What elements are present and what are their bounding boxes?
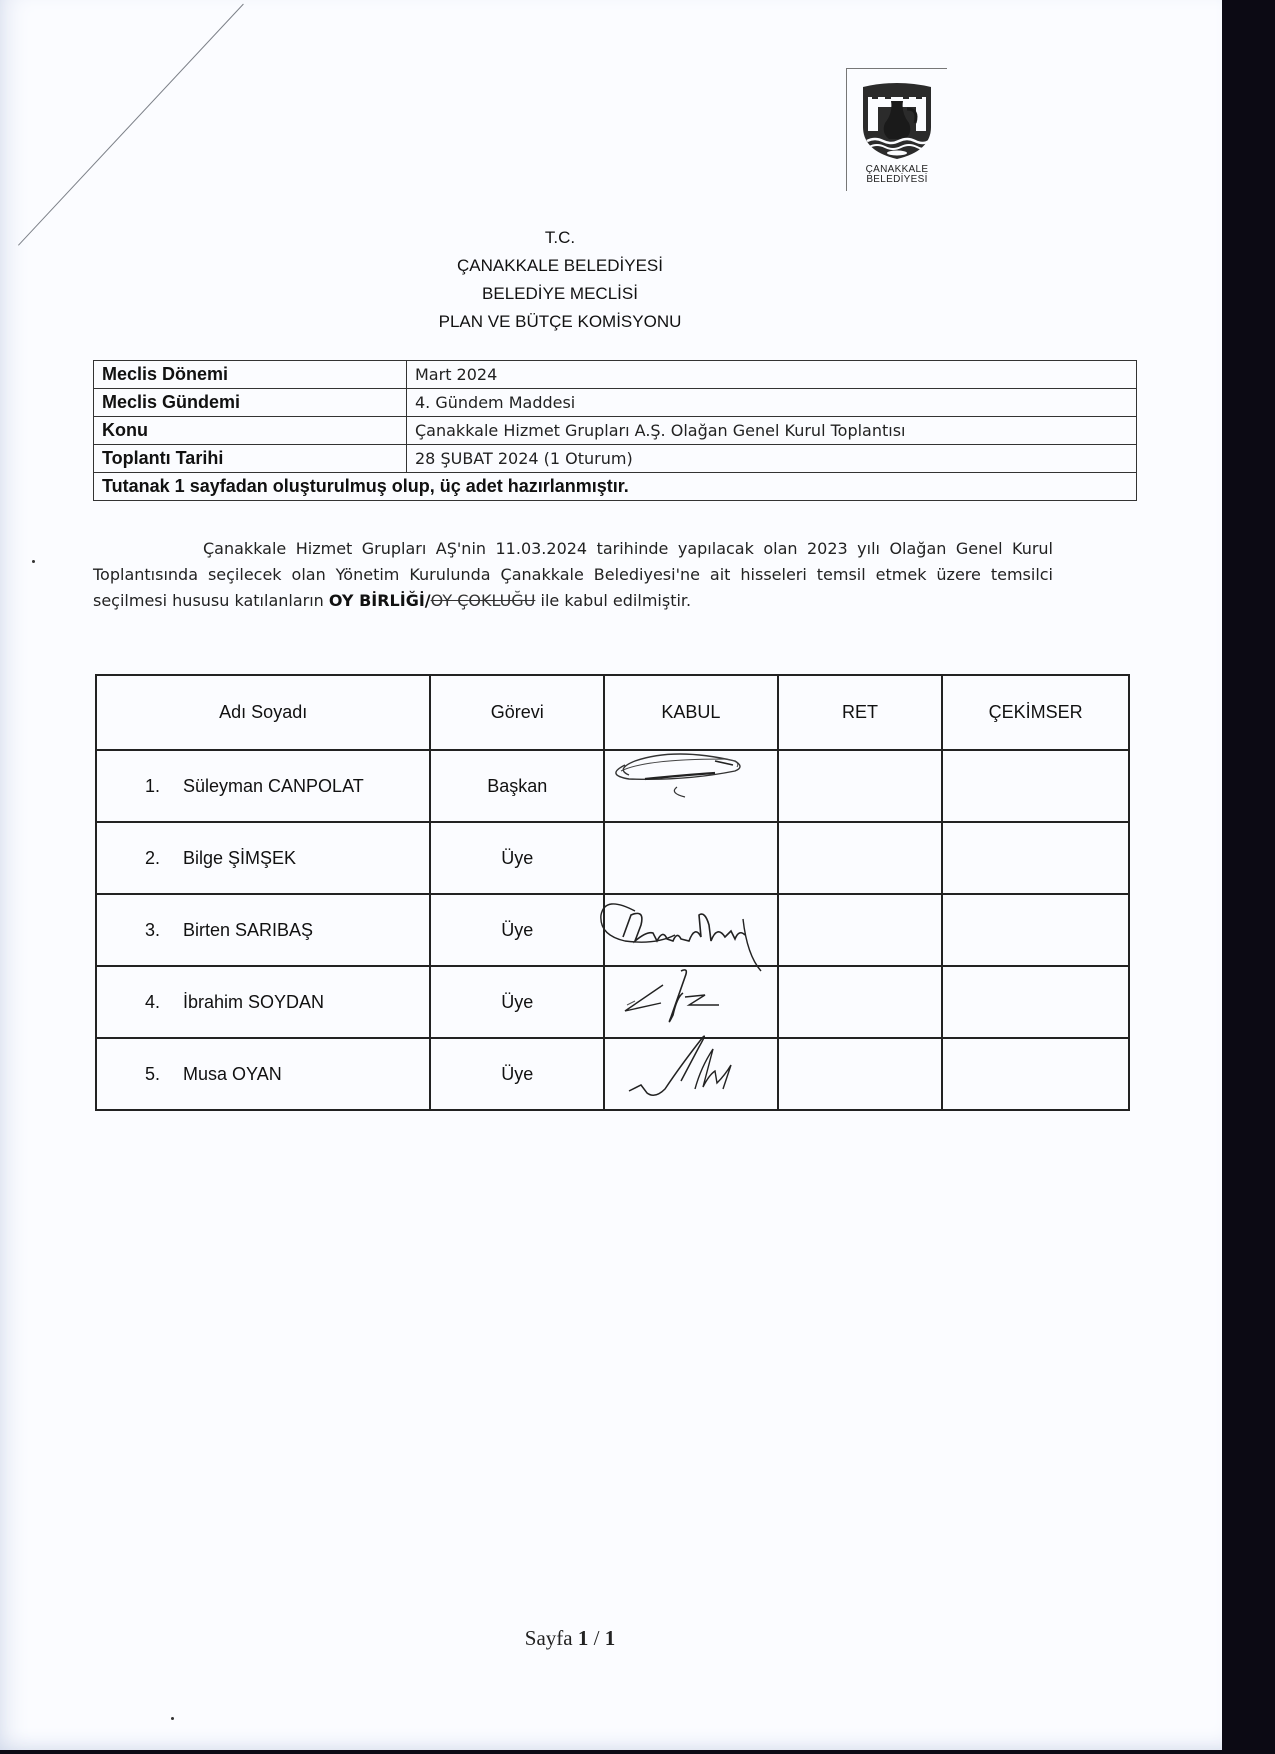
decision-unanimous: OY BİRLİĞİ/ (329, 591, 431, 610)
accept-cell (604, 1038, 778, 1110)
info-row: Meclis Gündemi 4. Gündem Maddesi (94, 389, 1137, 417)
info-summary: Tutanak 1 sayfadan oluşturulmuş olup, üç… (94, 473, 1137, 501)
info-value: 4. Gündem Maddesi (407, 389, 1137, 417)
signature-icon (585, 1019, 765, 1119)
logo-name-line2: BELEDİYESİ (847, 175, 947, 185)
table-row: 5.Musa OYAN Üye (96, 1038, 1129, 1110)
decision-majority-struck: OY ÇOKLUĞU (431, 591, 536, 610)
info-row: Meclis Dönemi Mart 2024 (94, 361, 1137, 389)
reject-cell (778, 750, 943, 822)
info-label: Toplantı Tarihi (94, 445, 407, 473)
info-label: Konu (94, 417, 407, 445)
header-council: BELEDİYE MECLİSİ (360, 280, 760, 308)
page-number: Sayfa 1 / 1 (470, 1626, 670, 1651)
municipality-logo: ÇANAKKALE BELEDİYESİ (846, 68, 947, 191)
abstain-cell (942, 966, 1129, 1038)
abstain-cell (942, 894, 1129, 966)
member-role: Üye (430, 894, 604, 966)
abstain-cell (942, 750, 1129, 822)
pen-stroke-mark (18, 4, 244, 246)
scanned-page: ÇANAKKALE BELEDİYESİ T.C. ÇANAKKALE BELE… (0, 0, 1222, 1750)
info-value: Mart 2024 (407, 361, 1137, 389)
info-row: Konu Çanakkale Hizmet Grupları A.Ş. Olağ… (94, 417, 1137, 445)
info-summary-row: Tutanak 1 sayfadan oluşturulmuş olup, üç… (94, 473, 1137, 501)
castle-amphora-emblem-icon (859, 83, 935, 161)
scan-speck (171, 1717, 174, 1720)
reject-cell (778, 1038, 943, 1110)
vote-table: Adı Soyadı Görevi KABUL RET ÇEKİMSER 1.S… (95, 674, 1130, 1111)
header-name: Adı Soyadı (96, 675, 430, 750)
table-row: 1.Süleyman CANPOLAT Başkan (96, 750, 1129, 822)
member-role: Üye (430, 822, 604, 894)
meeting-info-table: Meclis Dönemi Mart 2024 Meclis Gündemi 4… (93, 360, 1137, 501)
document-header: T.C. ÇANAKKALE BELEDİYESİ BELEDİYE MECLİ… (360, 224, 760, 336)
signature-icon (585, 731, 765, 821)
info-value: Çanakkale Hizmet Grupları A.Ş. Olağan Ge… (407, 417, 1137, 445)
header-municipality: ÇANAKKALE BELEDİYESİ (360, 252, 760, 280)
decision-paragraph: Çanakkale Hizmet Grupları AŞ'nin 11.03.2… (93, 536, 1053, 614)
accept-cell (604, 750, 778, 822)
header-role: Görevi (430, 675, 604, 750)
member-name: 5.Musa OYAN (96, 1038, 430, 1110)
info-value: 28 ŞUBAT 2024 (1 Oturum) (407, 445, 1137, 473)
info-row: Toplantı Tarihi 28 ŞUBAT 2024 (1 Oturum) (94, 445, 1137, 473)
decision-text-end: ile kabul edilmiştir. (535, 591, 691, 610)
member-role: Üye (430, 966, 604, 1038)
info-label: Meclis Dönemi (94, 361, 407, 389)
header-reject: RET (778, 675, 943, 750)
header-tc: T.C. (360, 224, 760, 252)
abstain-cell (942, 1038, 1129, 1110)
member-role: Üye (430, 1038, 604, 1110)
scan-speck (32, 560, 35, 563)
header-commission: PLAN VE BÜTÇE KOMİSYONU (360, 308, 760, 336)
abstain-cell (942, 822, 1129, 894)
info-label: Meclis Gündemi (94, 389, 407, 417)
header-abstain: ÇEKİMSER (942, 675, 1129, 750)
member-name: 2.Bilge ŞİMŞEK (96, 822, 430, 894)
member-role: Başkan (430, 750, 604, 822)
member-name: 3.Birten SARIBAŞ (96, 894, 430, 966)
member-name: 4.İbrahim SOYDAN (96, 966, 430, 1038)
member-name: 1.Süleyman CANPOLAT (96, 750, 430, 822)
